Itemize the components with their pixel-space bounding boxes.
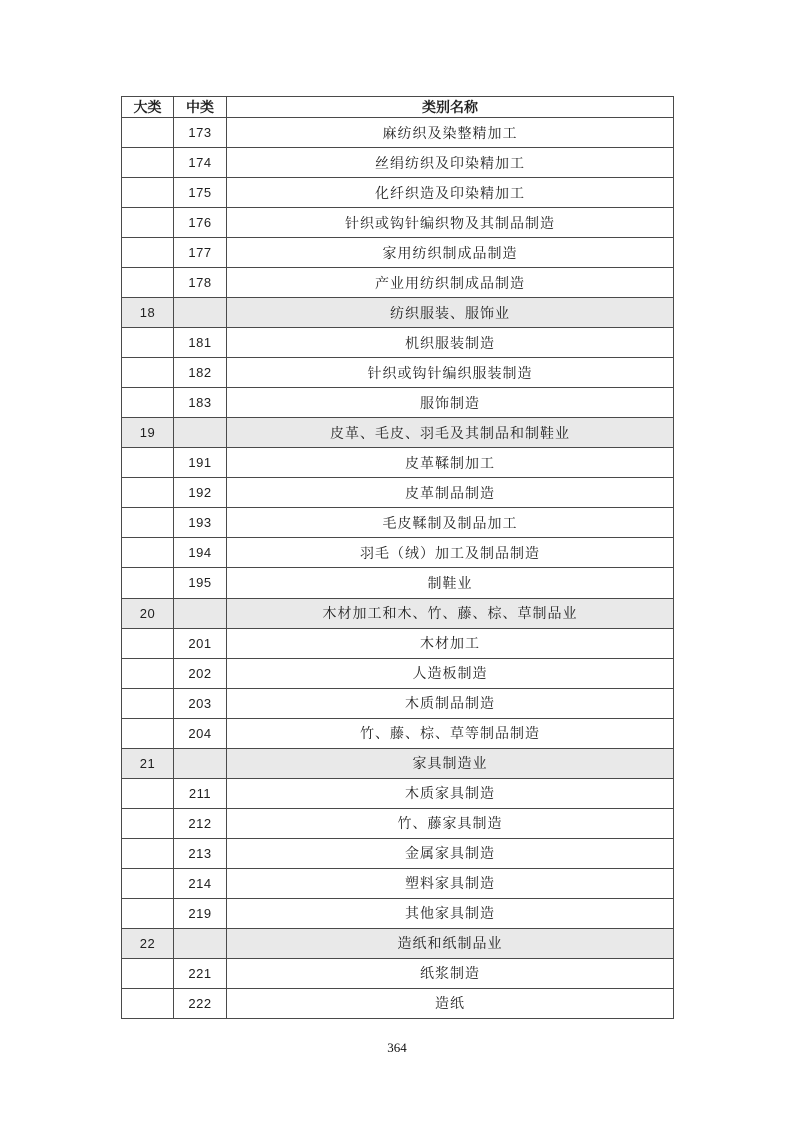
major-category-cell <box>122 838 174 868</box>
category-name-cell: 造纸和纸制品业 <box>227 928 674 958</box>
mid-category-cell: 173 <box>174 118 227 148</box>
table-row: 174丝绢纺织及印染精加工 <box>122 148 674 178</box>
table-row: 18纺织服装、服饰业 <box>122 298 674 328</box>
major-category-cell <box>122 508 174 538</box>
table-row: 173麻纺织及染整精加工 <box>122 118 674 148</box>
category-name-cell: 皮革制品制造 <box>227 478 674 508</box>
mid-category-cell: 194 <box>174 538 227 568</box>
header-major-category: 大类 <box>122 97 174 118</box>
table-row: 214塑料家具制造 <box>122 868 674 898</box>
table-row: 193毛皮鞣制及制品加工 <box>122 508 674 538</box>
mid-category-cell: 176 <box>174 208 227 238</box>
table-row: 219其他家具制造 <box>122 898 674 928</box>
table-row: 183服饰制造 <box>122 388 674 418</box>
mid-category-cell: 212 <box>174 808 227 838</box>
major-category-cell <box>122 148 174 178</box>
mid-category-cell: 174 <box>174 148 227 178</box>
document-page-canvas: 大类 中类 类别名称 173麻纺织及染整精加工174丝绢纺织及印染精加工175化… <box>0 0 794 1122</box>
mid-category-cell: 192 <box>174 478 227 508</box>
category-name-cell: 其他家具制造 <box>227 898 674 928</box>
major-category-cell <box>122 688 174 718</box>
major-category-cell <box>122 778 174 808</box>
mid-category-cell: 219 <box>174 898 227 928</box>
category-name-cell: 造纸 <box>227 988 674 1018</box>
category-name-cell: 竹、藤、棕、草等制品制造 <box>227 718 674 748</box>
major-category-cell: 18 <box>122 298 174 328</box>
category-name-cell: 家用纺织制成品制造 <box>227 238 674 268</box>
mid-category-cell: 193 <box>174 508 227 538</box>
table-row: 211木质家具制造 <box>122 778 674 808</box>
table-body: 173麻纺织及染整精加工174丝绢纺织及印染精加工175化纤织造及印染精加工17… <box>122 118 674 1019</box>
major-category-cell <box>122 178 174 208</box>
mid-category-cell: 177 <box>174 238 227 268</box>
mid-category-cell: 204 <box>174 718 227 748</box>
mid-category-cell <box>174 748 227 778</box>
category-name-cell: 竹、藤家具制造 <box>227 808 674 838</box>
major-category-cell <box>122 448 174 478</box>
category-name-cell: 木材加工 <box>227 628 674 658</box>
category-name-cell: 针织或钩针编织服装制造 <box>227 358 674 388</box>
mid-category-cell: 203 <box>174 688 227 718</box>
major-category-cell <box>122 898 174 928</box>
document-page: { "page": { "number": "364" }, "colors":… <box>0 0 794 1122</box>
category-name-cell: 木质家具制造 <box>227 778 674 808</box>
table-row: 21家具制造业 <box>122 748 674 778</box>
table-row: 22造纸和纸制品业 <box>122 928 674 958</box>
table-row: 177家用纺织制成品制造 <box>122 238 674 268</box>
mid-category-cell <box>174 418 227 448</box>
major-category-cell <box>122 268 174 298</box>
table-row: 178产业用纺织制成品制造 <box>122 268 674 298</box>
category-name-cell: 家具制造业 <box>227 748 674 778</box>
major-category-cell <box>122 388 174 418</box>
category-name-cell: 针织或钩针编织物及其制品制造 <box>227 208 674 238</box>
mid-category-cell: 202 <box>174 658 227 688</box>
major-category-cell <box>122 718 174 748</box>
table-row: 192皮革制品制造 <box>122 478 674 508</box>
major-category-cell <box>122 628 174 658</box>
table-row: 175化纤织造及印染精加工 <box>122 178 674 208</box>
table-row: 195制鞋业 <box>122 568 674 598</box>
category-name-cell: 皮革鞣制加工 <box>227 448 674 478</box>
table-row: 181机织服装制造 <box>122 328 674 358</box>
mid-category-cell: 183 <box>174 388 227 418</box>
table-row: 176针织或钩针编织物及其制品制造 <box>122 208 674 238</box>
category-name-cell: 羽毛（绒）加工及制品制造 <box>227 538 674 568</box>
major-category-cell <box>122 328 174 358</box>
table-row: 194羽毛（绒）加工及制品制造 <box>122 538 674 568</box>
major-category-cell <box>122 238 174 268</box>
category-name-cell: 服饰制造 <box>227 388 674 418</box>
category-name-cell: 化纤织造及印染精加工 <box>227 178 674 208</box>
mid-category-cell <box>174 928 227 958</box>
table-row: 20木材加工和木、竹、藤、棕、草制品业 <box>122 598 674 628</box>
industry-classification-table: 大类 中类 类别名称 173麻纺织及染整精加工174丝绢纺织及印染精加工175化… <box>121 96 674 1019</box>
mid-category-cell: 191 <box>174 448 227 478</box>
mid-category-cell: 211 <box>174 778 227 808</box>
major-category-cell <box>122 868 174 898</box>
major-category-cell <box>122 538 174 568</box>
mid-category-cell: 221 <box>174 958 227 988</box>
table-row: 204竹、藤、棕、草等制品制造 <box>122 718 674 748</box>
major-category-cell: 19 <box>122 418 174 448</box>
mid-category-cell: 195 <box>174 568 227 598</box>
category-name-cell: 纺织服装、服饰业 <box>227 298 674 328</box>
mid-category-cell <box>174 598 227 628</box>
mid-category-cell: 181 <box>174 328 227 358</box>
mid-category-cell: 213 <box>174 838 227 868</box>
table-row: 212竹、藤家具制造 <box>122 808 674 838</box>
major-category-cell: 21 <box>122 748 174 778</box>
major-category-cell <box>122 118 174 148</box>
mid-category-cell: 214 <box>174 868 227 898</box>
major-category-cell <box>122 568 174 598</box>
mid-category-cell: 201 <box>174 628 227 658</box>
category-name-cell: 塑料家具制造 <box>227 868 674 898</box>
category-name-cell: 纸浆制造 <box>227 958 674 988</box>
major-category-cell <box>122 988 174 1018</box>
major-category-cell <box>122 808 174 838</box>
mid-category-cell <box>174 298 227 328</box>
table-row: 201木材加工 <box>122 628 674 658</box>
mid-category-cell: 178 <box>174 268 227 298</box>
table-row: 213金属家具制造 <box>122 838 674 868</box>
page-number: 364 <box>0 1040 794 1056</box>
major-category-cell <box>122 208 174 238</box>
major-category-cell: 22 <box>122 928 174 958</box>
category-name-cell: 毛皮鞣制及制品加工 <box>227 508 674 538</box>
category-name-cell: 金属家具制造 <box>227 838 674 868</box>
mid-category-cell: 222 <box>174 988 227 1018</box>
category-name-cell: 制鞋业 <box>227 568 674 598</box>
table-row: 191皮革鞣制加工 <box>122 448 674 478</box>
category-name-cell: 产业用纺织制成品制造 <box>227 268 674 298</box>
table-row: 202人造板制造 <box>122 658 674 688</box>
table-row: 182针织或钩针编织服装制造 <box>122 358 674 388</box>
category-name-cell: 皮革、毛皮、羽毛及其制品和制鞋业 <box>227 418 674 448</box>
table-header-row: 大类 中类 类别名称 <box>122 97 674 118</box>
category-name-cell: 木质制品制造 <box>227 688 674 718</box>
category-name-cell: 丝绢纺织及印染精加工 <box>227 148 674 178</box>
major-category-cell: 20 <box>122 598 174 628</box>
table-row: 19皮革、毛皮、羽毛及其制品和制鞋业 <box>122 418 674 448</box>
major-category-cell <box>122 358 174 388</box>
table-row: 203木质制品制造 <box>122 688 674 718</box>
table-row: 221纸浆制造 <box>122 958 674 988</box>
category-name-cell: 机织服装制造 <box>227 328 674 358</box>
category-name-cell: 人造板制造 <box>227 658 674 688</box>
table-row: 222造纸 <box>122 988 674 1018</box>
header-mid-category: 中类 <box>174 97 227 118</box>
major-category-cell <box>122 958 174 988</box>
major-category-cell <box>122 658 174 688</box>
category-name-cell: 木材加工和木、竹、藤、棕、草制品业 <box>227 598 674 628</box>
mid-category-cell: 175 <box>174 178 227 208</box>
header-category-name: 类别名称 <box>227 97 674 118</box>
category-name-cell: 麻纺织及染整精加工 <box>227 118 674 148</box>
mid-category-cell: 182 <box>174 358 227 388</box>
major-category-cell <box>122 478 174 508</box>
